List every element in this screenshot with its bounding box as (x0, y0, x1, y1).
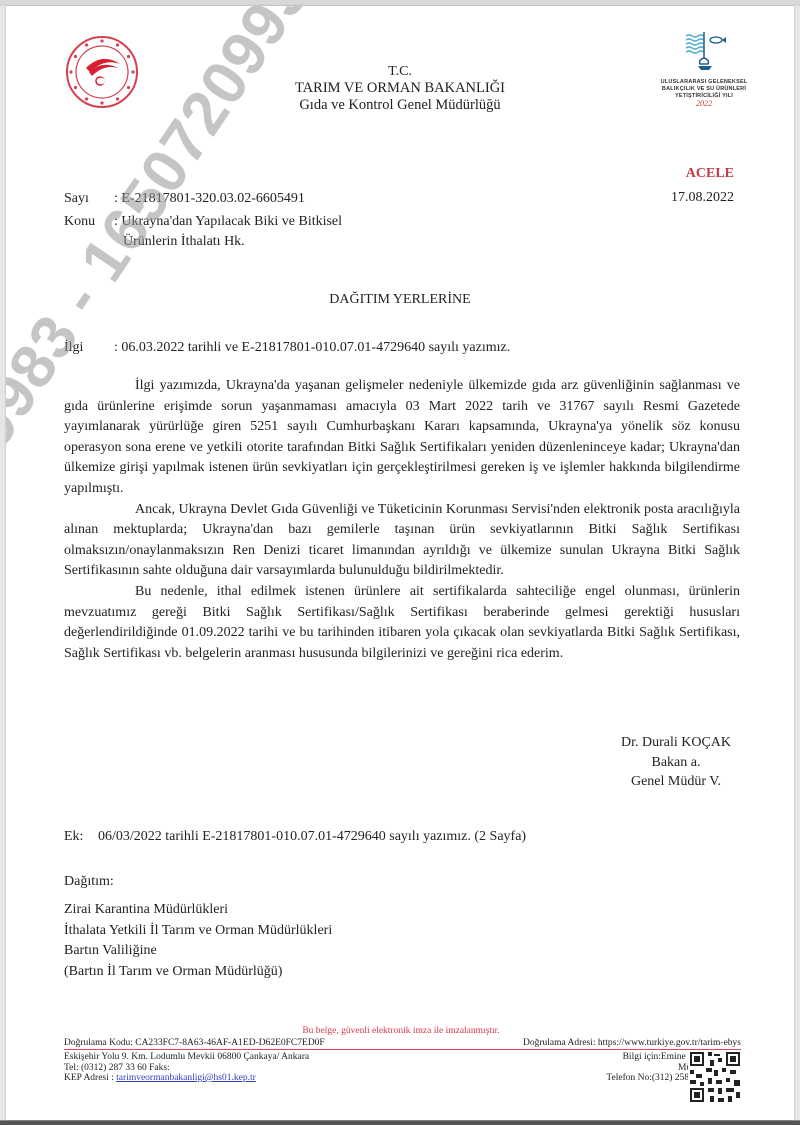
ilgi-label: İlgi (64, 340, 114, 356)
ek-label: Ek: (64, 829, 98, 845)
kep-line: KEP Adresi : tarimveormanbakanligi@hs01.… (64, 1073, 309, 1084)
postal-address: Eskişehir Yolu 9. Km. Lodumlu Mevkii 068… (64, 1052, 309, 1063)
logo-text-line-1: ULUSLARARASI GELENEKSEL (654, 79, 754, 86)
konu-value-line-2: Ürünlerin İthalatı Hk. (64, 232, 342, 252)
distribution-item: (Bartın İl Tarım ve Orman Müdürlüğü) (64, 962, 332, 983)
body-paragraph-2: Ancak, Ukrayna Devlet Gıda Güvenliği ve … (64, 500, 740, 582)
distribution-list: Zirai Karantina Müdürlükleri İthalata Ye… (64, 900, 332, 982)
distribution-item: Zirai Karantina Müdürlükleri (64, 900, 332, 921)
recipient-title: DAĞITIM YERLERİNE (6, 292, 794, 308)
ilgi-value: : 06.03.2022 tarihli ve E-21817801-010.0… (114, 340, 510, 355)
phone-fax: Tel: (0312) 287 33 60 Faks: (64, 1063, 309, 1074)
kep-address-link[interactable]: tarimveormanbakanligi@hs01.kep.tr (116, 1073, 256, 1083)
qr-code-icon[interactable] (688, 1050, 742, 1104)
distribution-label: Dağıtım: (64, 874, 114, 890)
fish-wave-icon (654, 30, 754, 74)
verification-code: Doğrulama Kodu: CA233FC7-8A63-46AF-A1ED-… (64, 1038, 325, 1048)
document-subject: Konu: Ukrayna'dan Yapılacak Biki ve Bitk… (64, 212, 342, 252)
signatory-title-1: Bakan a. (566, 753, 786, 773)
viewer-right-edge (794, 6, 800, 1120)
verification-line: Doğrulama Kodu: CA233FC7-8A63-46AF-A1ED-… (64, 1037, 741, 1050)
attachment-line: Ek:06/03/2022 tarihli E-21817801-010.07.… (64, 829, 526, 845)
konu-value-line-1: : Ukrayna'dan Yapılacak Biki ve Bitkisel (114, 214, 342, 229)
priority-label: ACELE (686, 166, 734, 182)
body-paragraph-1: İlgi yazımızda, Ukrayna'da yaşanan geliş… (64, 376, 740, 500)
footer-address-block: Eskişehir Yolu 9. Km. Lodumlu Mevkii 068… (64, 1052, 309, 1084)
sayi-value: : E-21817801-320.03.02-6605491 (114, 191, 305, 206)
sayi-label: Sayı (64, 189, 114, 209)
reference: İlgi: 06.03.2022 tarihli ve E-21817801-0… (64, 340, 510, 356)
e-signature-note: Bu belge, güvenli elektronik imza ile im… (276, 1026, 526, 1036)
document-number: Sayı: E-21817801-320.03.02-6605491 (64, 189, 305, 209)
signature-block: Dr. Durali KOÇAK Bakan a. Genel Müdür V. (566, 733, 786, 792)
distribution-item: İthalata Yetkili İl Tarım ve Orman Müdür… (64, 921, 332, 942)
viewer-bottom-edge (0, 1121, 800, 1125)
kep-label: KEP Adresi : (64, 1073, 116, 1083)
distribution-item: Bartın Valiliğine (64, 941, 332, 962)
signatory-name: Dr. Durali KOÇAK (566, 733, 786, 753)
ek-value: 06/03/2022 tarihli E-21817801-010.07.01-… (98, 829, 526, 844)
verification-address: Doğrulama Adresi: https://www.turkiye.go… (523, 1037, 741, 1049)
konu-label: Konu (64, 212, 114, 232)
body-paragraph-3: Bu nedenle, ithal edilmek istenen ürünle… (64, 582, 740, 664)
document-date: 17.08.2022 (671, 190, 734, 206)
document-page: T.C. TARIM VE ORMAN BAKANLIĞI Gıda ve Ko… (6, 6, 794, 1120)
logo-year: 2022 (654, 100, 754, 108)
signatory-title-2: Genel Müdür V. (566, 772, 786, 792)
letter-body: İlgi yazımızda, Ukrayna'da yaşanan geliş… (64, 376, 740, 664)
logo-text-line-2: BALIKÇILIK VE SU ÜRÜNLERİ (654, 86, 754, 93)
fisheries-year-logo: ULUSLARARASI GELENEKSEL BALIKÇILIK VE SU… (654, 30, 754, 108)
